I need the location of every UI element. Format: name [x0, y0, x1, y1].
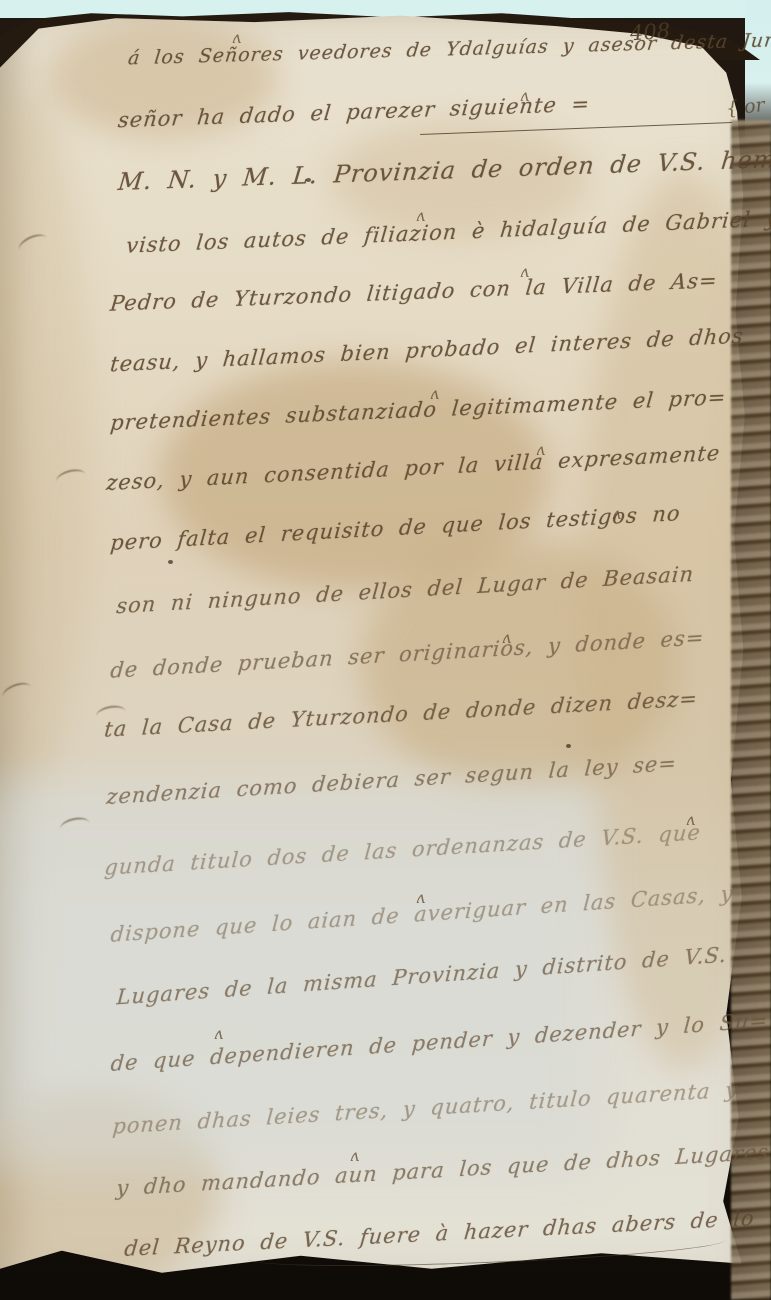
insertion-caret-mark: ʌ	[612, 504, 621, 523]
insertion-caret-mark: ʌ	[232, 28, 241, 47]
deckle-fore-edge	[731, 120, 771, 1300]
insertion-caret-mark: ʌ	[430, 384, 439, 403]
insertion-caret-mark: ʌ	[502, 628, 511, 647]
insertion-caret-mark: ʌ	[416, 206, 425, 225]
ink-speck	[306, 178, 311, 182]
insertion-caret-mark: ʌ	[416, 888, 425, 907]
ink-speck	[168, 560, 173, 564]
insertion-caret-mark: ʌ	[350, 1146, 359, 1165]
insertion-caret-mark: ʌ	[520, 86, 529, 105]
insertion-caret-mark: ʌ	[214, 1024, 223, 1043]
insertion-caret-mark: ʌ	[520, 262, 529, 281]
margin-note: { or	[725, 94, 766, 120]
insertion-caret-mark: ʌ	[536, 440, 545, 459]
manuscript-scan: 408 á los Señores veedores de Ydalguías …	[0, 0, 771, 1300]
ink-speck	[566, 744, 571, 748]
insertion-caret-mark: ʌ	[686, 810, 695, 829]
